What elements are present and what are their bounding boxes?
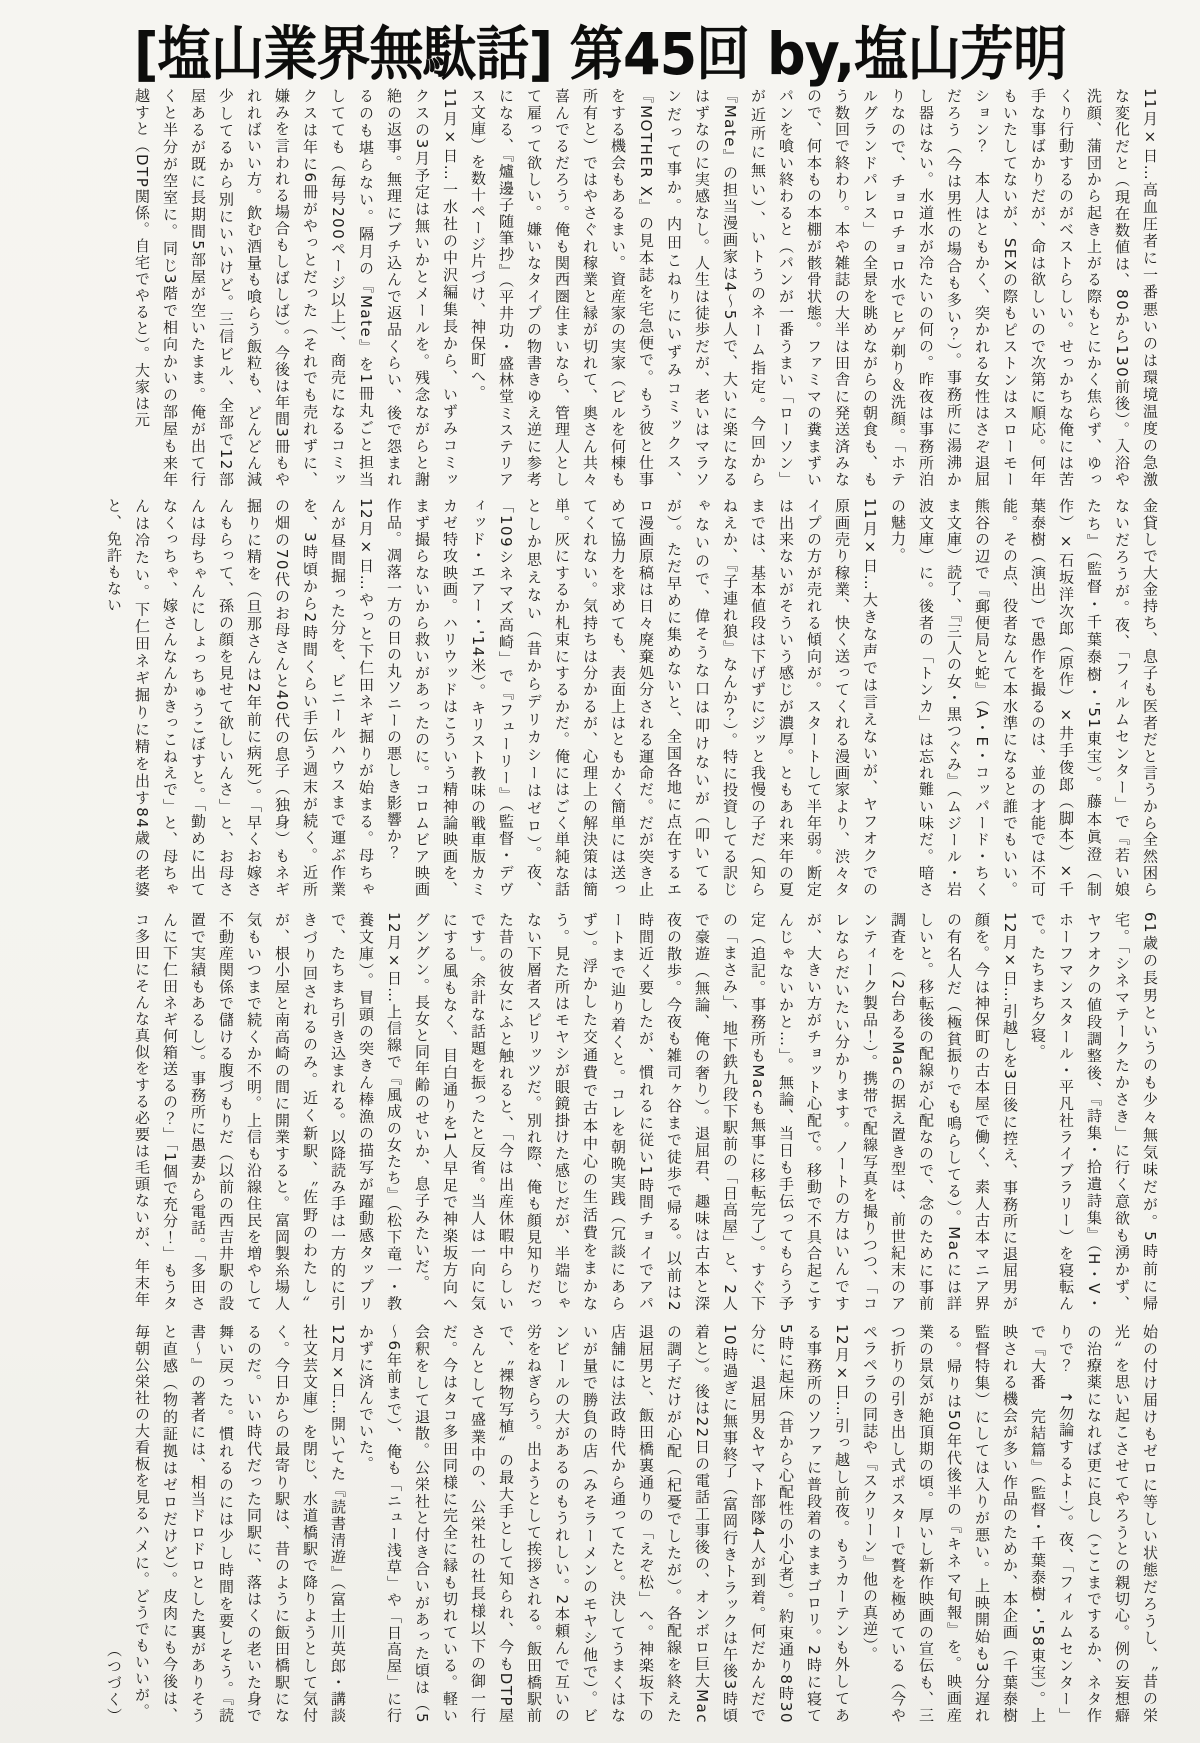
diary-entry: 12月×日…やっと下仁田ネギ掘りが始まる。母ちゃんが昼間掘った分を、ビニールハウ… [100,498,380,898]
diary-entry: 12月×日…上信線で『風成の女たち』（松下竜一・教養文庫）。冒頭の突きん棒漁の描… [128,912,408,1312]
diary-band-3: 61歳の長男というのも少々無気味だが。5時前に帰宅。「シネマテークたかさき」に行… [52,912,1164,1312]
diary-entry: 12月×日…引越しを3日後に控え、事務所に退屈男が顔を。今は神保町の古本屋で働く… [408,912,1024,1312]
diary-band-2: 金貸しで大金持ち、息子も医者だと言うから全然困らないだろうが。夜、「フィルムセン… [52,498,1164,898]
diary-entry-continuation: 61歳の長男というのも少々無気味だが。5時前に帰宅。「シネマテークたかさき」に行… [1024,912,1164,1312]
diary-band-4: 始の付け届けもゼロに等しい状態だろうし、〝昔の栄光〟を思い起こさせてやろうとの親… [52,1324,1164,1724]
page-title: [塩山業界無駄話] 第45回 by,塩山芳明 [0,8,1200,91]
diary-entry: 12月×日…開いてた『読書清遊』（富士川英郎・講談社文芸文庫）を閉じ、水道橋駅で… [128,1324,352,1724]
diary-entry-continuation: 始の付け届けもゼロに等しい状態だろうし、〝昔の栄光〟を思い起こさせてやろうとの親… [856,1324,1164,1724]
diary-entry: 11月×日…一水社の中沢編集長から、いずみコミックスの3月予定は無いかとメールを… [128,88,464,488]
diary-entry: 12月×日…引っ越し前夜。もうカーテンも外してある事務所のソファに普段着のままゴ… [352,1324,856,1724]
diary-entry: 11月×日…大きな声では言えないが、ヤフオクでの原画売り稼業、快く送ってくれる漫… [380,498,884,898]
magazine-page: [塩山業界無駄話] 第45回 by,塩山芳明 11月×日…高血圧者に一番悪いのは… [0,0,1200,1743]
diary-entry-continuation: 金貸しで大金持ち、息子も医者だと言うから全然困らないだろうが。夜、「フィルムセン… [884,498,1164,898]
to-be-continued-marker: （つづく） [100,1324,128,1724]
diary-band-1: 11月×日…高血圧者に一番悪いのは環境温度の急激な変化だと（現在数値は、80から… [52,88,1164,488]
diary-entry: 11月×日…高血圧者に一番悪いのは環境温度の急激な変化だと（現在数値は、80から… [464,88,1164,488]
